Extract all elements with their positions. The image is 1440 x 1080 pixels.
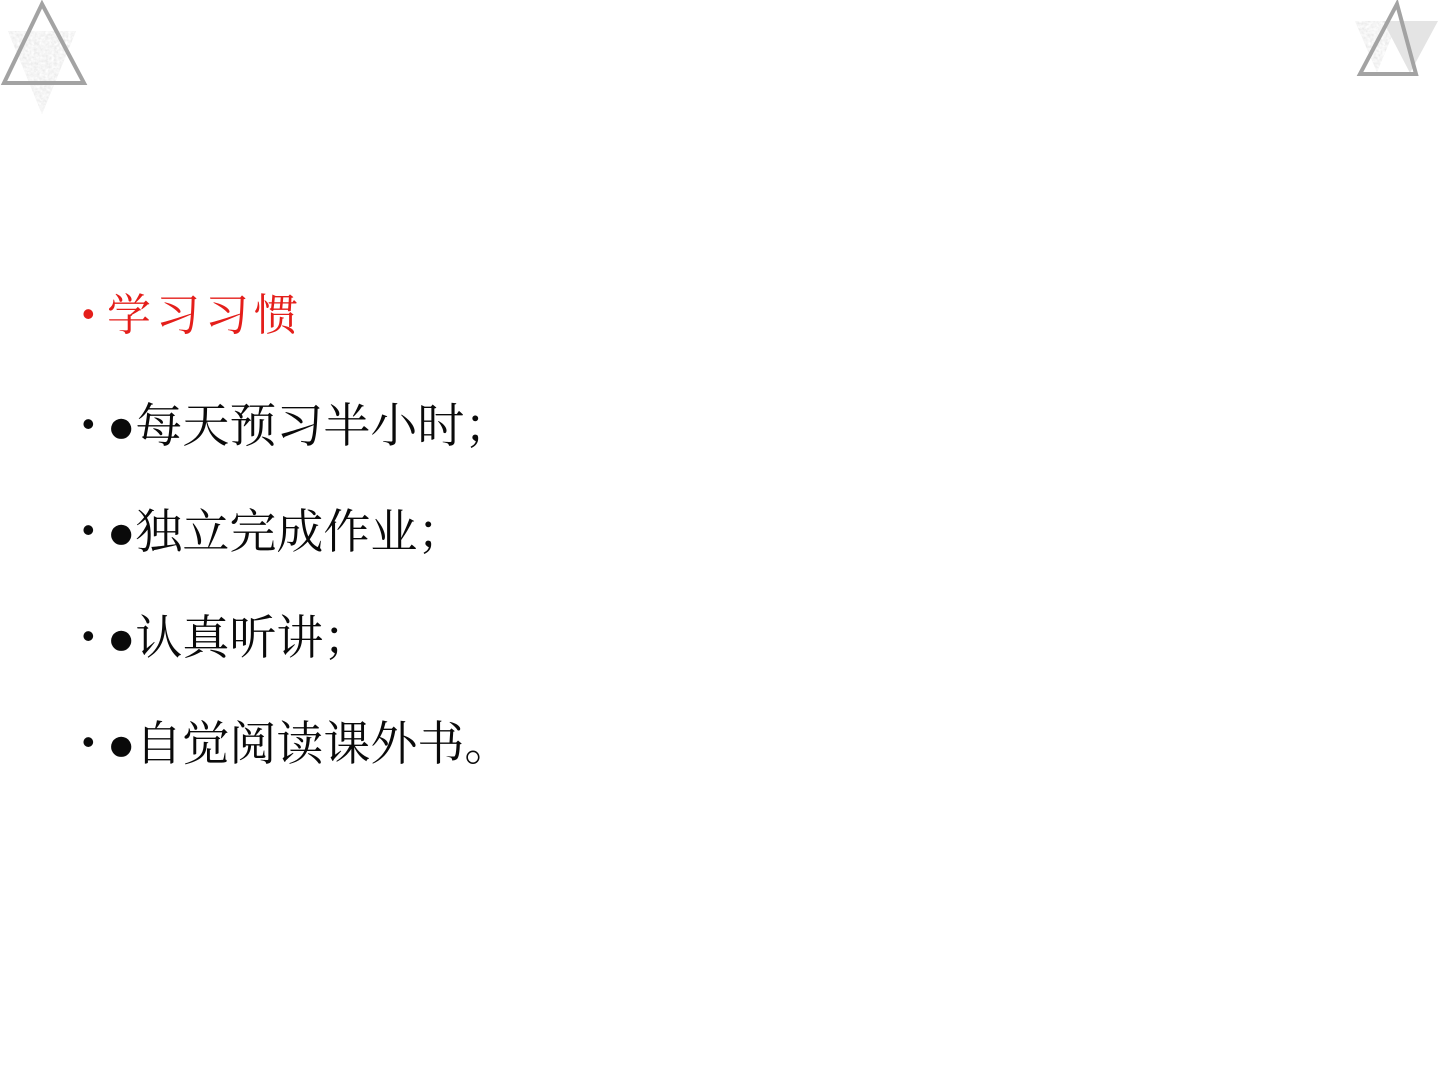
list-item-text: ●独立完成作业； <box>107 504 464 560</box>
title-line: • 学习习惯 <box>82 292 511 340</box>
title-bullet-marker: • <box>82 296 107 332</box>
bullet-marker: • <box>82 406 107 442</box>
bullet-marker: • <box>82 512 107 548</box>
list-item-text: ●自觉阅读课外书。 <box>107 716 511 772</box>
bullet-marker: • <box>82 724 107 760</box>
list-item-text: ●认真听讲； <box>107 610 370 666</box>
list-item: • ●独立完成作业； <box>82 504 511 560</box>
list-item: • ●认真听讲； <box>82 610 511 666</box>
overlap-triangles-icon <box>1351 0 1440 80</box>
list-item-text: ●每天预习半小时； <box>107 398 511 454</box>
slide-title: 学习习惯 <box>107 292 303 340</box>
list-item: • ●每天预习半小时； <box>82 398 511 454</box>
bullet-marker: • <box>82 618 107 654</box>
slide-content: • 学习习惯 • ●每天预习半小时； • ●独立完成作业； • ●认真听讲； •… <box>82 292 511 822</box>
hexagram-star-icon <box>0 0 90 120</box>
list-item: • ●自觉阅读课外书。 <box>82 716 511 772</box>
slide: • 学习习惯 • ●每天预习半小时； • ●独立完成作业； • ●认真听讲； •… <box>0 0 1440 1080</box>
